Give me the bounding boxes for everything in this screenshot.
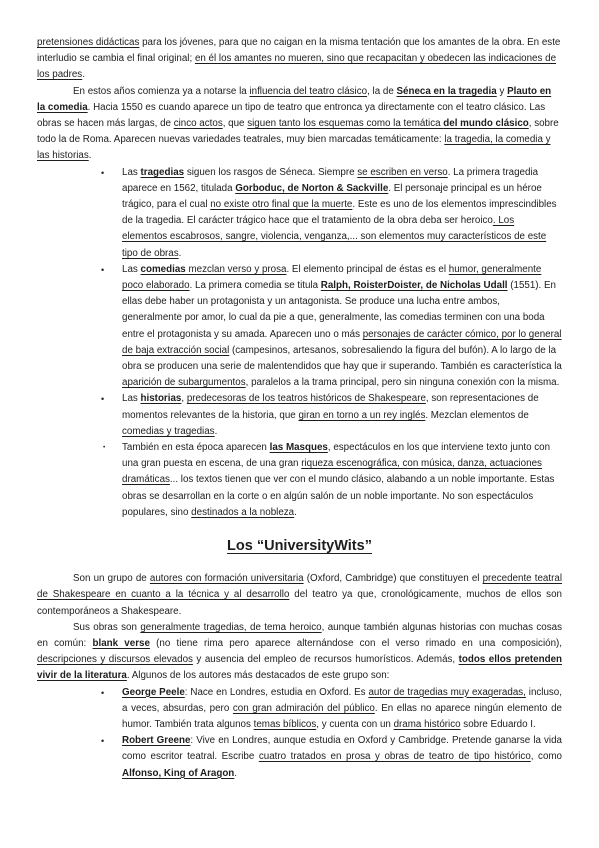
- underline-text: no existe otro final que la muerte: [210, 199, 352, 210]
- underline-text: drama histórico: [394, 719, 461, 730]
- text-run: . Mezclan elementos de: [425, 410, 528, 421]
- text-run: En estos años comienza ya a notarse la: [73, 86, 249, 97]
- list-item: •También en esta época aparecen las Masq…: [37, 440, 562, 521]
- text-run: .: [234, 768, 237, 779]
- bold-underline-text: Ralph, RoisterDoister, de Nicholas Udall: [321, 280, 508, 291]
- document-page: pretensiones didácticas para los jóvenes…: [0, 0, 599, 848]
- underline-text: destinados a la nobleza: [191, 507, 294, 518]
- text-run: , como: [531, 751, 562, 762]
- underline-text: giran en torno a un rey inglés: [298, 410, 425, 421]
- bold-underline-text: del mundo clásico: [443, 118, 528, 129]
- text-run: y: [497, 86, 507, 97]
- list-item: •Las historias, predecesoras de los teat…: [37, 391, 562, 440]
- paragraph: pretensiones didácticas para los jóvenes…: [37, 35, 562, 84]
- text-run: sobre Eduardo I.: [461, 719, 536, 730]
- list-item: •Las comedias mezclan verso y prosa. El …: [37, 262, 562, 392]
- underline-text: siguen tanto los esquemas como la temáti…: [247, 118, 443, 129]
- list-item-text: Robert Greene: Vive en Londres, aunque e…: [122, 735, 562, 778]
- bullet-list: •George Peele: Nace en Londres, estudia …: [37, 685, 562, 782]
- bold-underline-text: Gorboduc, de Norton & Sackville: [235, 183, 388, 194]
- text-run: También en esta época aparecen: [122, 442, 270, 453]
- bullet-icon: •: [101, 391, 104, 407]
- underline-text: pretensiones didácticas: [37, 37, 139, 48]
- underline-text: mezclan verso y prosa: [186, 264, 287, 275]
- bold-underline-text: blank verse: [92, 638, 149, 649]
- text-run: Son un grupo de: [73, 573, 150, 584]
- list-item: •Robert Greene: Vive en Londres, aunque …: [37, 733, 562, 782]
- text-run: siguen los rasgos de Séneca. Siempre: [184, 167, 357, 178]
- bold-underline-text: historias: [141, 393, 182, 404]
- bullet-icon: •: [101, 685, 104, 701]
- text-run: , y cuenta con un: [316, 719, 393, 730]
- text-run: .: [89, 150, 92, 161]
- text-run: y ausencia del empleo de recursos humorí…: [193, 654, 459, 665]
- text-run: (Oxford, Cambridge) que constituyen el: [304, 573, 483, 584]
- underline-text: cinco actos: [174, 118, 223, 129]
- underline-text: cuatro tratados en prosa y obras de teat…: [259, 751, 531, 762]
- text-run: Sus obras son: [73, 622, 140, 633]
- paragraph: Sus obras son generalmente tragedias, de…: [37, 620, 562, 685]
- underline-text: generalmente tragedias, de tema heroico: [140, 622, 321, 633]
- underline-text: temas bíblicos: [254, 719, 317, 730]
- bold-underline-text: comedias: [141, 264, 186, 275]
- text-run: : Nace en Londres, estudia en Oxford. Es: [185, 687, 369, 698]
- section-heading: Los “UniversityWits”: [37, 537, 562, 556]
- text-run: (no tiene rima pero aparece alternándose…: [150, 638, 562, 649]
- text-run: .: [215, 426, 218, 437]
- bullet-icon: •: [101, 165, 104, 181]
- text-run: , paralelos a la trama principal, pero s…: [246, 377, 560, 388]
- underline-text: influencia del teatro clásico: [249, 86, 367, 97]
- underline-text: comedias y tragedias: [122, 426, 215, 437]
- bold-underline-text: Alfonso, King of Aragon: [122, 768, 234, 779]
- list-item: •George Peele: Nace en Londres, estudia …: [37, 685, 562, 734]
- text-run: Las: [122, 264, 141, 275]
- bold-underline-text: tragedias: [141, 167, 185, 178]
- list-item-text: Las comedias mezclan verso y prosa. El e…: [122, 264, 562, 388]
- list-item-text: También en esta época aparecen las Masqu…: [122, 442, 554, 518]
- underline-text: autor de tragedias muy exageradas,: [368, 687, 525, 698]
- list-item-text: George Peele: Nace en Londres, estudia e…: [122, 687, 562, 730]
- text-run: .: [82, 69, 85, 80]
- text-run: , la de: [367, 86, 396, 97]
- paragraph: En estos años comienza ya a notarse la i…: [37, 84, 562, 165]
- text-run: ... los textos tienen que ver con el mun…: [122, 474, 554, 517]
- text-run: , que: [223, 118, 248, 129]
- text-run: . La primera comedia se titula: [190, 280, 321, 291]
- underline-text: con gran admiración del público: [233, 703, 375, 714]
- text-run: . Algunos de los autores más destacados …: [127, 670, 390, 681]
- underline-text: se escriben en verso: [357, 167, 447, 178]
- text-run: . El elemento principal de éstas es el: [286, 264, 448, 275]
- bullet-icon: •: [103, 440, 105, 456]
- text-run: .: [294, 507, 297, 518]
- text-run: .: [179, 248, 182, 259]
- bold-underline-text: George Peele: [122, 687, 185, 698]
- bullet-icon: •: [101, 733, 104, 749]
- bold-underline-text: Séneca en la tragedia: [397, 86, 497, 97]
- list-item: •Las tragedias siguen los rasgos de Séne…: [37, 165, 562, 262]
- underline-text: autores con formación universitaria: [150, 573, 304, 584]
- underline-text: descripciones y discursos elevados: [37, 654, 193, 665]
- bold-underline-text: las Masques: [270, 442, 328, 453]
- text-run: Las: [122, 393, 141, 404]
- list-item-text: Las tragedias siguen los rasgos de Sénec…: [122, 167, 557, 259]
- list-item-text: Las historias, predecesoras de los teatr…: [122, 393, 539, 436]
- section-university-wits: Son un grupo de autores con formación un…: [37, 571, 562, 782]
- bullet-list: •Las tragedias siguen los rasgos de Séne…: [37, 165, 562, 521]
- section-classical-theatre: pretensiones didácticas para los jóvenes…: [37, 35, 562, 521]
- underline-text: aparición de subargumentos: [122, 377, 246, 388]
- underline-text: predecesoras de los teatros históricos d…: [187, 393, 426, 404]
- bullet-icon: •: [101, 262, 104, 278]
- text-run: Las: [122, 167, 141, 178]
- bold-underline-text: Robert Greene: [122, 735, 190, 746]
- paragraph: Son un grupo de autores con formación un…: [37, 571, 562, 620]
